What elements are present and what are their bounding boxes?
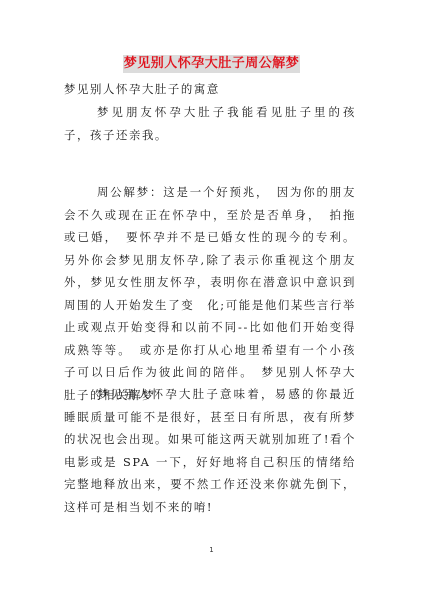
document-title-text: 梦见别人怀孕大肚子周公解梦 xyxy=(123,55,301,73)
document-page: 梦见别人怀孕大肚子周公解梦 梦见别人怀孕大肚子的寓意 梦见朋友怀孕大肚子我能看见… xyxy=(0,0,423,600)
paragraph-1: 梦见朋友怀孕大肚子我能看见肚子里的孩子，孩子还亲我。 xyxy=(64,101,356,146)
paragraph-text: 周公解梦：这是一个好预兆， 因为你的朋友会不久或现在正在怀孕中，至於是否单身， … xyxy=(64,181,356,406)
paragraph-2: 周公解梦：这是一个好预兆， 因为你的朋友会不久或现在正在怀孕中，至於是否单身， … xyxy=(64,181,356,406)
paragraph-3: 梦见别人怀孕大肚子意味着，易感的你最近睡眠质量可能不是很好，甚至日有所思，夜有所… xyxy=(64,383,356,518)
section-heading-text: 梦见别人怀孕大肚子的寓意 xyxy=(64,78,356,101)
page-number: 1 xyxy=(0,546,423,554)
paragraph-text: 梦见朋友怀孕大肚子我能看见肚子里的孩子，孩子还亲我。 xyxy=(64,101,356,146)
section-heading: 梦见别人怀孕大肚子的寓意 xyxy=(64,78,356,101)
paragraph-text: 梦见别人怀孕大肚子意味着，易感的你最近睡眠质量可能不是很好，甚至日有所思，夜有所… xyxy=(64,383,356,518)
document-title: 梦见别人怀孕大肚子周公解梦 xyxy=(0,52,423,73)
